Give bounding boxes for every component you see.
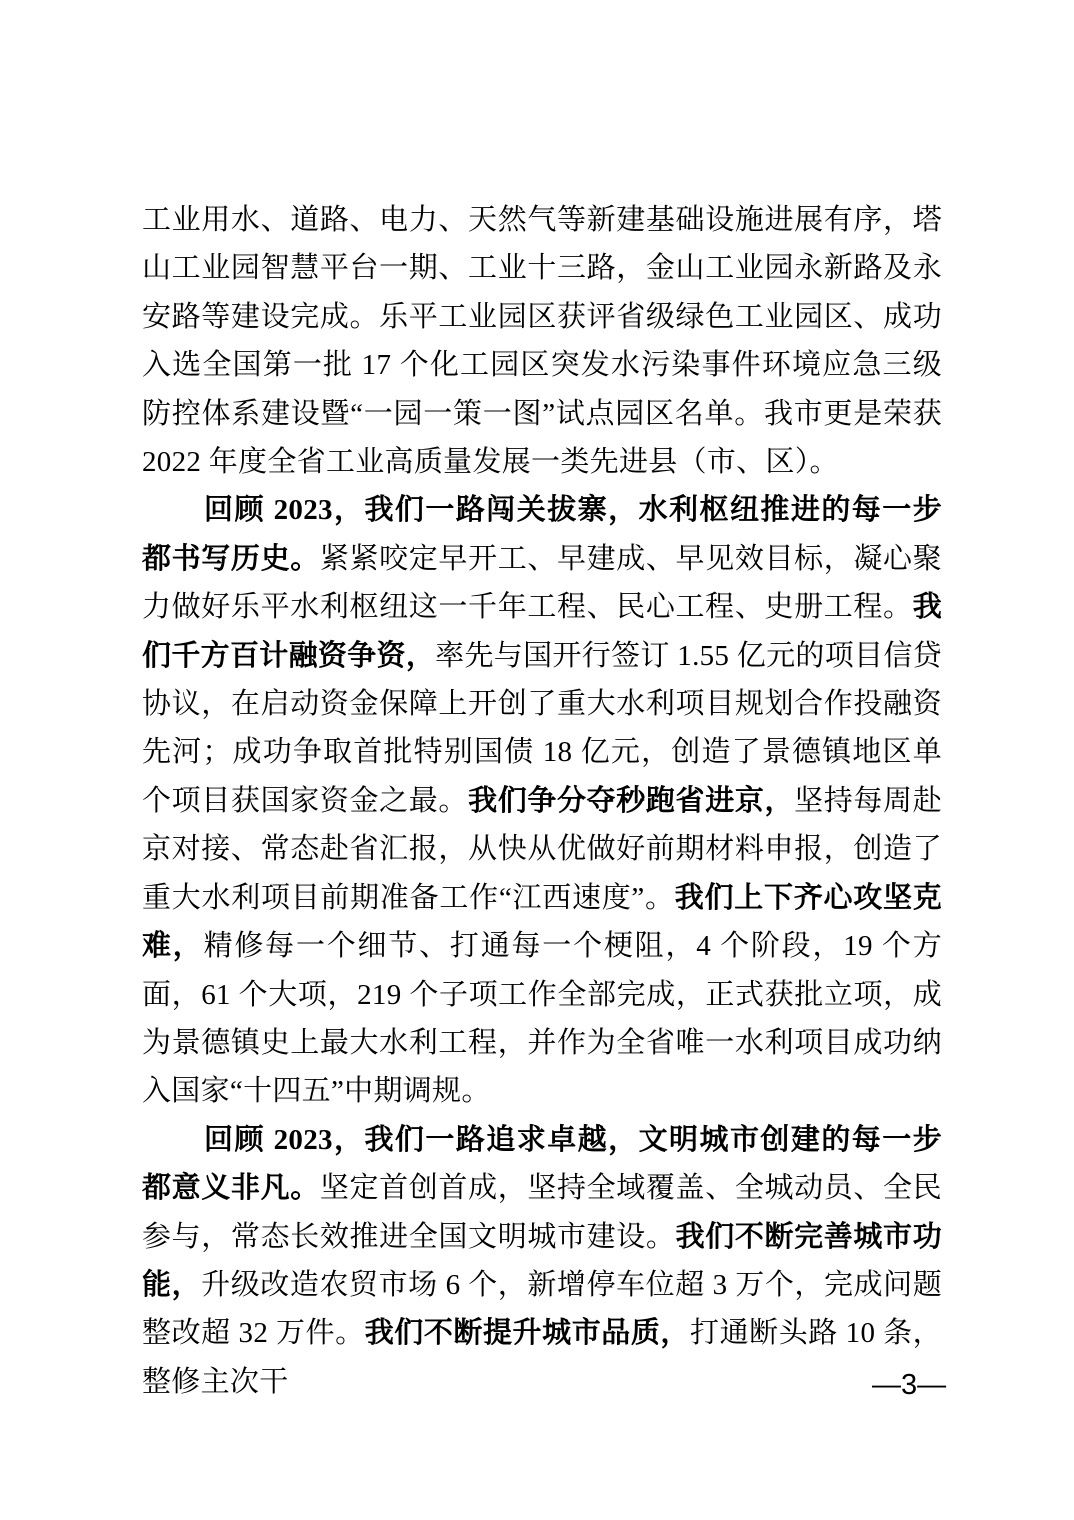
document-body: 工业用水、道路、电力、天然气等新建基础设施进展有序，塔山工业园智慧平台一期、工业… xyxy=(142,196,942,1406)
text-run: 精修每一个细节、打通每一个梗阻，4 个阶段，19 个方面，61 个大项，219 … xyxy=(142,930,942,1107)
page-number: —3— xyxy=(872,1370,946,1400)
document-page: 工业用水、道路、电力、天然气等新建基础设施进展有序，塔山工业园智慧平台一期、工业… xyxy=(0,0,1074,1520)
text-run: 工业用水、道路、电力、天然气等新建基础设施进展有序，塔山工业园智慧平台一期、工业… xyxy=(142,204,942,478)
paragraph-industrial-park: 工业用水、道路、电力、天然气等新建基础设施进展有序，塔山工业园智慧平台一期、工业… xyxy=(142,196,942,486)
emphasis-run: 我们不断提升城市品质， xyxy=(365,1317,690,1349)
paragraph-water-project-review: 回顾 2023，我们一路闯关拔寨，水利枢纽推进的每一步都书写历史。紧紧咬定早开工… xyxy=(142,486,942,1115)
emphasis-run: 我们争分夺秒跑省进京， xyxy=(468,785,794,817)
paragraph-civilized-city-review: 回顾 2023，我们一路追求卓越，文明城市创建的每一步都意义非凡。坚定首创首成，… xyxy=(142,1116,942,1406)
